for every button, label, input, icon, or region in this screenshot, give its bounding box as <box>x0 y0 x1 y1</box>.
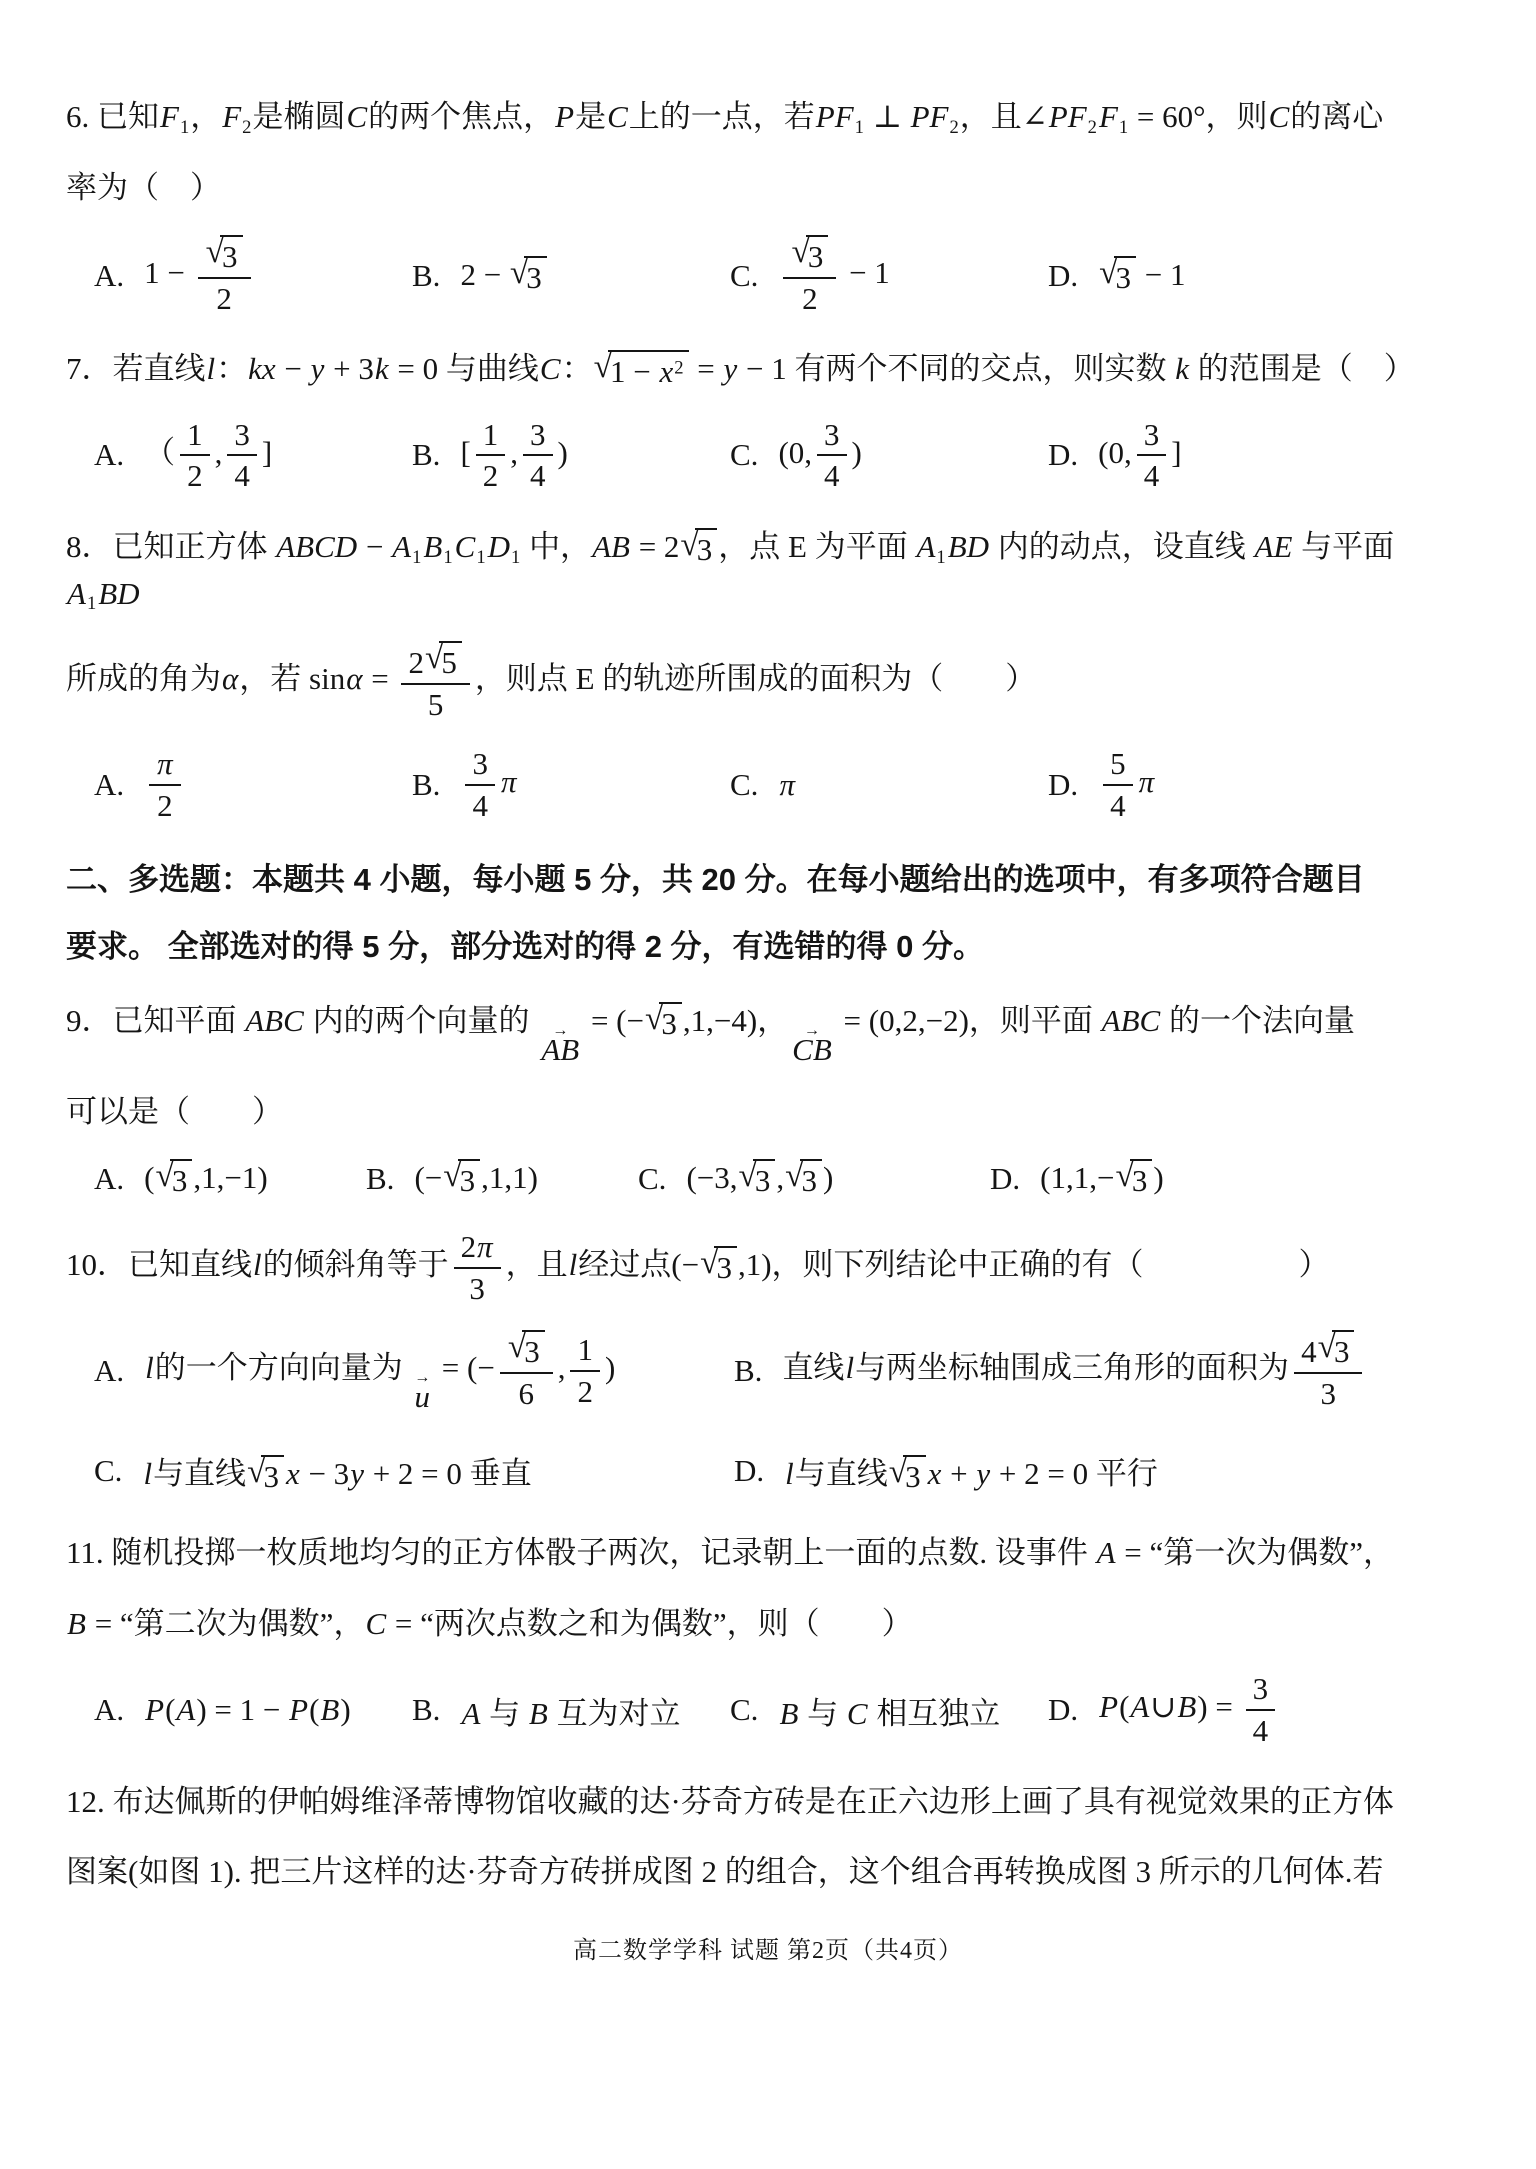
subscript: 1 <box>180 117 190 138</box>
option-label: B. <box>412 258 440 294</box>
radical-sign-icon: √ <box>508 1328 526 1367</box>
math-text: 互为对立 <box>549 1696 681 1731</box>
text-line: 12. 布达佩斯的伊帕姆维泽蒂博物馆收藏的达·芬奇方砖是在正六边形上画了具有视觉… <box>66 1779 1470 1826</box>
math-text: 与直线 <box>153 1456 246 1491</box>
options-row: A.P(A) = 1 − P(B)B.A 与 B 互为对立C.B 与 C 相互独… <box>66 1671 1470 1748</box>
math-text: ] <box>1171 435 1181 470</box>
math-variable: y <box>310 351 326 386</box>
subscript: 2 <box>242 117 252 138</box>
math-variable: x <box>285 1456 301 1491</box>
math-text: 3 <box>1334 1334 1350 1369</box>
subscript: 1 <box>87 593 97 614</box>
answer-option: C.B 与 C 相互独立 <box>730 1688 1048 1733</box>
math-variable: C <box>345 99 368 134</box>
fraction: √32 <box>198 235 251 316</box>
math-text: ，且 <box>506 1247 568 1282</box>
option-label: C. <box>730 258 758 294</box>
math-text: ) <box>1153 1160 1163 1195</box>
math-text: ,1)，则下列结论中正确的有（ ） <box>738 1247 1330 1282</box>
option-content: 54π <box>1098 746 1155 823</box>
fraction-denominator: 4 <box>1110 786 1126 824</box>
math-text: 是椭圆 <box>252 99 345 134</box>
question-11: 11. 随机投掷一枚质地均匀的正方体骰子两次，记录朝上一面的点数. 设事件 A … <box>66 1530 1470 1748</box>
options-row: A.π2B.34πC.πD.54π <box>66 746 1470 823</box>
math-text: 3 <box>1132 1163 1148 1198</box>
math-variable: x <box>658 354 674 389</box>
vector-arrow-icon: → <box>414 1374 430 1383</box>
math-variable: P <box>288 1692 309 1727</box>
math-text: 内的两个向量的 <box>305 1003 538 1038</box>
math-text: 4 <box>530 458 546 494</box>
math-text: 3 <box>802 1163 818 1198</box>
math-text: 经过点(− <box>578 1247 699 1282</box>
math-text: (0, <box>1098 435 1132 470</box>
fraction-numerator: 3 <box>227 417 257 457</box>
math-variable: B <box>778 1696 799 1731</box>
text-line: 6. 已知F1，F2是椭圆C的两个焦点，P是C上的一点，若PF1 ⊥ PF2，且… <box>66 94 1470 141</box>
subscript: 1 <box>476 547 486 568</box>
math-variable: l <box>568 1247 579 1282</box>
math-text: 2 <box>802 281 818 317</box>
math-variable: P <box>554 99 575 134</box>
math-text: + 2 = 0 垂直 <box>365 1456 532 1491</box>
math-text: 的倾斜角等于 <box>263 1247 449 1282</box>
math-text: 4 <box>472 788 488 824</box>
radical-sign-icon: √ <box>1099 254 1117 293</box>
option-content: √3 − 1 <box>1098 256 1185 296</box>
fraction: 34 <box>465 746 495 823</box>
option-label: A. <box>94 1692 124 1728</box>
fraction-denominator: 4 <box>1253 1711 1269 1749</box>
math-variable: ABC <box>244 1003 305 1038</box>
option-content: (1,1,−√3) <box>1040 1159 1164 1199</box>
math-text: 所成的角为 <box>66 661 221 696</box>
math-variable: α <box>221 661 239 696</box>
option-label: C. <box>94 1453 122 1489</box>
math-text: ) <box>558 435 568 470</box>
math-variable: B <box>528 1696 549 1731</box>
math-text: ) <box>605 1350 615 1385</box>
answer-option: B.[12,34) <box>412 417 730 494</box>
math-variable: A <box>460 1696 481 1731</box>
math-text: , <box>215 435 223 470</box>
math-text: 2 <box>577 1374 593 1410</box>
math-text: , <box>558 1350 566 1385</box>
text-line: 10．已知直线l的倾斜角等于2π3，且l经过点(−√3,1)，则下列结论中正确的… <box>66 1229 1470 1306</box>
math-text: = “第一次为偶数”， <box>1117 1535 1395 1570</box>
math-text: 3 <box>524 1334 540 1369</box>
math-text: 图案(如图 1). 把三片这样的达·芬奇方砖拼成图 2 的组合，这个组合再转换成… <box>66 1854 1383 1889</box>
math-text: 3 <box>526 260 542 295</box>
math-variable: AE <box>1254 529 1294 564</box>
math-text: ,1,−1) <box>193 1160 267 1195</box>
text-line: 要求。 全部选对的得 5 分，部分选对的得 2 分，有选错的得 0 分。 <box>66 921 1470 972</box>
math-variable: PF <box>1048 99 1088 134</box>
answer-option: B.34π <box>412 746 730 823</box>
math-variable: y <box>975 1456 991 1491</box>
option-label: D. <box>1048 437 1078 473</box>
math-text: 相互独立 <box>869 1696 1001 1731</box>
option-content: P(A∪B) = 34 <box>1098 1671 1280 1748</box>
fraction-numerator: 1 <box>570 1332 600 1372</box>
math-text: 9．已知平面 <box>66 1003 244 1038</box>
math-text: ，点 E 为平面 <box>718 529 915 564</box>
math-variable: l <box>142 1456 153 1491</box>
radical-sign-icon: √ <box>247 1453 265 1492</box>
math-text: 2 <box>216 281 232 317</box>
math-text: = (− <box>583 1003 644 1038</box>
option-content: P(A) = 1 − P(B) <box>144 1692 351 1728</box>
math-text: , <box>776 1160 784 1195</box>
math-text: 内的动点，设直线 <box>990 529 1254 564</box>
fraction: 34 <box>817 417 847 494</box>
math-text: 二、多选题：本题共 4 小题，每小题 5 分，共 20 分。在每小题给出的选项中… <box>66 862 1365 897</box>
answer-option: B.(−√3,1,1) <box>366 1159 638 1199</box>
math-text: 直线 <box>782 1350 844 1385</box>
answer-option: C.√32 − 1 <box>730 235 1048 316</box>
option-content: l与直线√3x − 3y + 2 = 0 垂直 <box>142 1448 531 1495</box>
option-label: D. <box>1048 767 1078 803</box>
math-text: 1 <box>483 417 499 453</box>
math-text: 的两个焦点， <box>368 99 554 134</box>
vector-overarrow: →CB <box>791 1025 833 1065</box>
fraction-numerator: 5 <box>1103 746 1133 786</box>
math-text: ,1,−4)， <box>683 1003 788 1038</box>
option-label: B. <box>366 1161 394 1197</box>
math-text: ⊥ <box>865 99 910 134</box>
math-text: 中， <box>521 529 591 564</box>
math-variable: ABC <box>1101 1003 1162 1038</box>
math-variable: y <box>349 1456 365 1491</box>
math-text: 1 − <box>610 354 658 389</box>
subscript: 1 <box>511 547 521 568</box>
math-text: 6 <box>519 1376 535 1412</box>
subscript: 2 <box>1088 117 1098 138</box>
answer-option: D.(0,34] <box>1048 417 1182 494</box>
math-variable: C <box>539 351 562 386</box>
math-variable: C <box>606 99 629 134</box>
option-content: (0,34) <box>778 417 861 494</box>
math-text: 3 <box>472 746 488 782</box>
answer-option: A.1 − √32 <box>94 235 412 316</box>
math-text: 4 <box>824 458 840 494</box>
math-text: （ <box>144 435 175 470</box>
fraction-numerator: 2π <box>454 1229 501 1269</box>
fraction-numerator: 2√5 <box>401 641 469 685</box>
math-text: ∪ <box>1150 1689 1176 1724</box>
question-10: 10．已知直线l的倾斜角等于2π3，且l经过点(−√3,1)，则下列结论中正确的… <box>66 1229 1470 1495</box>
fraction-numerator: 4√3 <box>1294 1330 1362 1374</box>
math-variable: k <box>1174 351 1190 386</box>
math-text: 2 <box>408 645 424 681</box>
option-content: π2 <box>144 746 186 823</box>
fraction-numerator: √3 <box>500 1330 553 1374</box>
superscript: 2 <box>674 358 683 379</box>
math-text: ) <box>340 1692 350 1727</box>
option-label: B. <box>734 1353 762 1389</box>
math-text: = “第二次为偶数”， <box>87 1606 365 1641</box>
math-text: 11. 随机投掷一枚质地均匀的正方体骰子两次，记录朝上一面的点数. 设事件 <box>66 1535 1096 1570</box>
answer-option: D.√3 − 1 <box>1048 256 1186 296</box>
radical-sign-icon: √ <box>680 526 698 565</box>
options-row: A.(√3,1,−1)B.(−√3,1,1)C.(−3,√3,√3)D.(1,1… <box>66 1159 1470 1199</box>
option-content: [12,34) <box>460 417 567 494</box>
answer-option: D.P(A∪B) = 34 <box>1048 1671 1280 1748</box>
option-content: (0,34] <box>1098 417 1181 494</box>
answer-option: A.（12,34] <box>94 417 412 494</box>
math-text: ] <box>262 435 272 470</box>
math-text: 与平面 <box>1293 529 1402 564</box>
answer-option: D.54π <box>1048 746 1155 823</box>
answer-option: A.π2 <box>94 746 412 823</box>
math-text: 3 <box>460 1163 476 1198</box>
square-root: √3 <box>1318 1330 1355 1370</box>
radical-sign-icon: √ <box>155 1157 173 1196</box>
math-text: 3 <box>1116 260 1132 295</box>
math-text: 2 <box>157 788 173 824</box>
option-content: (−√3,1,1) <box>414 1159 538 1199</box>
math-variable: F <box>221 99 242 134</box>
math-text: ,1,1) <box>481 1160 538 1195</box>
subscript: 1 <box>855 117 865 138</box>
option-content: π <box>778 767 796 803</box>
math-text: 的一个法向量 <box>1161 1003 1355 1038</box>
math-text: − <box>358 529 391 564</box>
option-content: (−3,√3,√3) <box>686 1159 833 1199</box>
option-label: C. <box>730 767 758 803</box>
fraction: 12 <box>476 417 506 494</box>
radical-sign-icon: √ <box>791 233 809 272</box>
fraction: 34 <box>227 417 257 494</box>
math-variable: B <box>422 529 443 564</box>
radical-sign-icon: √ <box>594 348 612 387</box>
option-label: A. <box>94 437 124 473</box>
fraction-numerator: 1 <box>180 417 210 457</box>
math-variable: BD <box>947 529 990 564</box>
math-text: 3 <box>172 1163 188 1198</box>
fraction: 2√55 <box>401 641 469 722</box>
radical-sign-icon: √ <box>443 1157 461 1196</box>
fraction: 4√33 <box>1294 1330 1362 1411</box>
math-text: 3 <box>530 417 546 453</box>
math-text: ： <box>562 351 593 386</box>
math-text: ) = <box>1197 1689 1240 1724</box>
answer-option: C.π <box>730 767 1048 803</box>
option-label: C. <box>638 1161 666 1197</box>
fraction: π2 <box>149 746 181 823</box>
math-text: = “两次点数之和为偶数”，则（ ） <box>387 1606 913 1641</box>
fraction-denominator: 2 <box>157 786 173 824</box>
math-variable: C <box>1268 99 1291 134</box>
math-text: 4 <box>234 458 250 494</box>
math-text: 3 <box>824 417 840 453</box>
math-variable: B <box>1176 1689 1197 1724</box>
math-text: 3 <box>661 1006 677 1041</box>
math-text: = 60°，则 <box>1129 99 1267 134</box>
math-text: + <box>942 1456 975 1491</box>
fraction: 12 <box>570 1332 600 1409</box>
math-variable: PF <box>910 99 950 134</box>
fraction-denominator: 2 <box>577 1372 593 1410</box>
fraction: √32 <box>783 235 836 316</box>
square-root: √3 <box>247 1455 284 1495</box>
math-text: − 1 <box>1137 257 1185 292</box>
math-text: ，且∠ <box>960 99 1048 134</box>
math-text: ( <box>165 1692 175 1727</box>
math-text: (−3, <box>686 1160 737 1195</box>
math-text: ： <box>216 351 247 386</box>
square-root: √3 <box>510 256 547 296</box>
math-text: 的范围是（ ） <box>1190 351 1415 386</box>
math-text: 2 <box>187 458 203 494</box>
text-line: 可以是（ ） <box>66 1089 1470 1136</box>
math-text: 3 <box>1253 1671 1269 1707</box>
math-text: = (− <box>434 1350 495 1385</box>
options-row: A.l的一个方向向量为 →u = (−√36,12)B.直线l与两坐标轴围成三角… <box>66 1330 1470 1412</box>
math-text: 是 <box>575 99 606 134</box>
math-text: + 2 = 0 平行 <box>991 1456 1158 1491</box>
math-text: 1 − <box>144 255 192 290</box>
math-text: 5 <box>428 687 444 723</box>
option-label: A. <box>94 1161 124 1197</box>
math-variable: C <box>846 1696 869 1731</box>
math-variable: A <box>175 1692 196 1727</box>
fraction-denominator: 4 <box>1144 456 1160 494</box>
math-text: 要求。 全部选对的得 5 分，部分选对的得 2 分，有选错的得 0 分。 <box>66 929 984 964</box>
fraction-numerator: 3 <box>523 417 553 457</box>
math-variable: F <box>159 99 180 134</box>
option-content: A 与 B 互为对立 <box>460 1688 680 1733</box>
fraction-denominator: 2 <box>483 456 499 494</box>
math-text: 与 <box>481 1696 528 1731</box>
option-label: C. <box>730 1692 758 1728</box>
math-text: ( <box>309 1692 319 1727</box>
radical-sign-icon: √ <box>700 1244 718 1283</box>
math-text: − 3 <box>301 1456 349 1491</box>
page-footer: 高二数学学科 试题 第2页（共4页） <box>0 1930 1536 1965</box>
subscript: 1 <box>1119 117 1129 138</box>
math-text: = <box>364 661 397 696</box>
math-text: 12. 布达佩斯的伊帕姆维泽蒂博物馆收藏的达·芬奇方砖是在正六边形上画了具有视觉… <box>66 1784 1394 1819</box>
math-text: 与直线 <box>795 1456 888 1491</box>
math-text: ，则点 E 的轨迹所围成的面积为（ ） <box>475 661 1036 696</box>
option-label: D. <box>990 1161 1020 1197</box>
radical-sign-icon: √ <box>1318 1328 1336 1367</box>
math-text: 3 <box>808 239 824 274</box>
math-variable: F <box>1098 99 1119 134</box>
fraction-denominator: 2 <box>216 279 232 317</box>
math-text: 4 <box>1301 1334 1317 1370</box>
math-text: 的离心 <box>1290 99 1383 134</box>
math-text: 3 <box>697 532 713 567</box>
math-text: 2 <box>483 458 499 494</box>
question-6: 6. 已知F1，F2是椭圆C的两个焦点，P是C上的一点，若PF1 ⊥ PF2，且… <box>66 94 1470 316</box>
math-variable: x <box>927 1456 943 1491</box>
fraction-numerator: √3 <box>198 235 251 279</box>
math-text: ) <box>823 1160 833 1195</box>
math-variable: l <box>252 1247 263 1282</box>
math-text: , <box>510 435 518 470</box>
exam-page: 6. 已知F1，F2是椭圆C的两个焦点，P是C上的一点，若PF1 ⊥ PF2，且… <box>0 0 1536 2083</box>
math-variable: l <box>144 1350 155 1385</box>
option-content: B 与 C 相互独立 <box>778 1688 1000 1733</box>
math-variable: C <box>364 1606 387 1641</box>
fraction: 34 <box>1137 417 1167 494</box>
square-root: √3 <box>645 1002 682 1042</box>
math-text: ， <box>190 99 221 134</box>
math-text: 3 <box>755 1163 771 1198</box>
math-text: 3 <box>1144 417 1160 453</box>
fraction-denominator: 5 <box>428 685 444 723</box>
fraction-denominator: 2 <box>802 279 818 317</box>
radical-sign-icon: √ <box>739 1157 757 1196</box>
square-root: √3 <box>785 1159 822 1199</box>
math-text: 4 <box>1253 1713 1269 1749</box>
math-variable: P <box>144 1692 165 1727</box>
math-variable: l <box>844 1350 855 1385</box>
option-content: l与直线√3x + y + 2 = 0 平行 <box>784 1448 1158 1495</box>
math-variable: D <box>487 529 511 564</box>
square-root: √3 <box>1099 256 1136 296</box>
footer-text: 高二数学学科 试题 第2页（共4页） <box>573 1938 963 1964</box>
math-variable: kx <box>247 351 277 386</box>
answer-option: D.l与直线√3x + y + 2 = 0 平行 <box>734 1448 1158 1495</box>
math-variable: k <box>374 351 390 386</box>
square-root: √3 <box>443 1159 480 1199</box>
math-text: 的一个方向向量为 <box>155 1350 411 1385</box>
fraction-denominator: 3 <box>1321 1374 1337 1412</box>
text-line: 率为（ ） <box>66 165 1470 212</box>
square-root: √5 <box>425 641 462 681</box>
math-text: 3 <box>469 1271 485 1307</box>
math-text: + 3 <box>325 351 373 386</box>
fraction: 34 <box>1246 1671 1276 1748</box>
fraction: 54 <box>1103 746 1133 823</box>
answer-option: C.(−3,√3,√3) <box>638 1159 990 1199</box>
fraction-numerator: 3 <box>465 746 495 786</box>
option-label: A. <box>94 258 124 294</box>
fraction-numerator: √3 <box>783 235 836 279</box>
square-root: √3 <box>700 1246 737 1286</box>
math-text: 4 <box>1144 458 1160 494</box>
math-text: (− <box>414 1160 442 1195</box>
math-variable: BD <box>97 576 140 611</box>
square-root: √3 <box>206 235 243 275</box>
math-variable: C <box>454 529 477 564</box>
math-text: 与 <box>799 1696 846 1731</box>
option-label: D. <box>734 1453 764 1489</box>
math-variable: l <box>784 1456 795 1491</box>
square-root: √3 <box>1115 1159 1152 1199</box>
option-content: 34π <box>460 746 517 823</box>
option-label: B. <box>412 1692 440 1728</box>
text-line: 图案(如图 1). 把三片这样的达·芬奇方砖拼成图 2 的组合，这个组合再转换成… <box>66 1849 1470 1896</box>
math-text: 率为（ ） <box>66 170 221 205</box>
math-text: (1,1,− <box>1040 1160 1114 1195</box>
text-line: 11. 随机投掷一枚质地均匀的正方体骰子两次，记录朝上一面的点数. 设事件 A … <box>66 1530 1470 1577</box>
fraction-denominator: 3 <box>469 1269 485 1307</box>
text-line: 二、多选题：本题共 4 小题，每小题 5 分，共 20 分。在每小题给出的选项中… <box>66 854 1470 905</box>
fraction: 12 <box>180 417 210 494</box>
option-content: 直线l与两坐标轴围成三角形的面积为4√33 <box>782 1330 1367 1411</box>
answer-option: A.(√3,1,−1) <box>94 1159 366 1199</box>
math-variable: A <box>66 576 87 611</box>
math-variable: π <box>476 1229 494 1265</box>
fraction-denominator: 4 <box>530 456 546 494</box>
math-text: 与两坐标轴围成三角形的面积为 <box>855 1350 1289 1385</box>
math-text: ，若 sin <box>239 661 345 696</box>
math-text: − 1 <box>841 255 889 290</box>
